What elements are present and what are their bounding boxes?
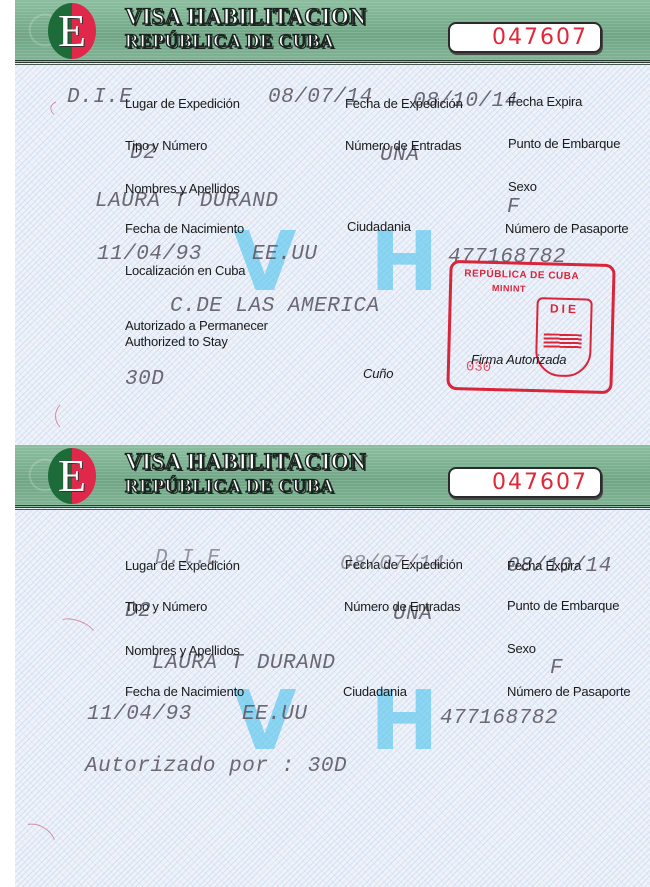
value-ciudadania: EE.UU (242, 703, 308, 726)
serial-number-box: 047607 (448, 467, 602, 498)
visa-form-1: E VISA HABILITACION REPÚBLICA DE CUBA 04… (15, 0, 650, 440)
stamp-emblem-bars (543, 333, 581, 348)
label-fecha-expira: Fecha Expira (507, 558, 581, 573)
emblem-letter: E (48, 448, 96, 504)
value-ciudadania: EE.UU (252, 243, 318, 266)
label-sexo: Sexo (507, 641, 536, 656)
label-nombres: Nombres y Apellidos (125, 181, 240, 196)
label-numero-entradas: Número de Entradas (345, 138, 461, 153)
label-numero-pasaporte: Número de Pasaporte (507, 684, 630, 699)
label-numero-entradas: Número de Entradas (344, 599, 460, 614)
label-nombres: Nombres y Apellidos (125, 643, 240, 658)
value-numero-pasaporte: 477168782 (440, 707, 558, 730)
label-localizacion: Localización en Cuba (125, 263, 245, 278)
label-punto-embarque: Punto de Embarque (508, 136, 620, 151)
visa-subtitle: REPÚBLICA DE CUBA (125, 476, 334, 498)
visa-subtitle: REPÚBLICA DE CUBA (125, 31, 334, 53)
die-stamp: REPÚBLICA DE CUBA MININT DIE 030 (446, 260, 615, 394)
pen-mark (53, 613, 100, 648)
emblem-letter: E (48, 3, 96, 59)
label-fecha-expira: Fecha Expira (508, 94, 582, 109)
label-sexo: Sexo (508, 179, 537, 194)
label-autorizado-en: Authorized to Stay (125, 334, 228, 349)
value-autorizado-por: Autorizado por : 30D (85, 755, 347, 778)
serial-number-box: 047607 (448, 22, 602, 53)
serial-number: 047607 (492, 24, 588, 51)
stamp-die-text: DIE (538, 301, 590, 316)
pen-mark (10, 817, 62, 866)
label-firma: Firma Autorizada (471, 352, 566, 367)
visa-header-banner: E VISA HABILITACION REPÚBLICA DE CUBA 04… (15, 0, 650, 63)
label-ciudadania: Ciudadania (343, 684, 407, 699)
visa-form-2: E VISA HABILITACION REPÚBLICA DE CUBA 04… (15, 445, 650, 887)
value-autorizado: 30D (125, 368, 164, 391)
label-cuno: Cuño (363, 366, 393, 381)
visa-header-banner: E VISA HABILITACION REPÚBLICA DE CUBA 04… (15, 445, 650, 508)
value-localizacion: C.DE LAS AMERICA (170, 295, 380, 318)
value-fecha-nacimiento: 11/04/93 (87, 703, 192, 726)
label-lugar-expedicion: Lugar de Expedición (125, 558, 240, 573)
label-punto-embarque: Punto de Embarque (507, 598, 619, 613)
label-lugar-expedicion: Lugar de Expedición (125, 96, 240, 111)
label-ciudadania: Ciudadania (347, 219, 411, 234)
emblem-e-icon: E (48, 3, 96, 59)
visa-sheet: E VISA HABILITACION REPÚBLICA DE CUBA 04… (15, 0, 650, 887)
stamp-country: REPÚBLICA DE CUBA (464, 268, 579, 282)
stamp-ministry: MININT (492, 283, 526, 294)
label-tipo-numero: Tipo y Número (125, 138, 207, 153)
header-divider (15, 509, 650, 510)
label-numero-pasaporte: Número de Pasaporte (505, 221, 628, 236)
label-fecha-expedicion: Fecha de Expedición (345, 557, 463, 572)
value-sexo: F (507, 196, 520, 219)
label-fecha-nacimiento: Fecha de Nacimiento (125, 221, 244, 236)
pen-mark (55, 400, 87, 432)
header-divider (15, 64, 650, 65)
label-fecha-nacimiento: Fecha de Nacimiento (125, 684, 244, 699)
visa-title: VISA HABILITACION (125, 449, 366, 475)
label-fecha-expedicion: Fecha de Expedición (345, 96, 463, 111)
serial-number: 047607 (492, 469, 588, 496)
value-sexo: F (550, 657, 563, 680)
label-autorizado-es: Autorizado a Permanecer (125, 318, 268, 333)
emblem-e-icon: E (48, 448, 96, 504)
watermark-h: H (370, 222, 439, 304)
label-tipo-numero: Tipo y Número (125, 599, 207, 614)
visa-title: VISA HABILITACION (125, 4, 366, 30)
